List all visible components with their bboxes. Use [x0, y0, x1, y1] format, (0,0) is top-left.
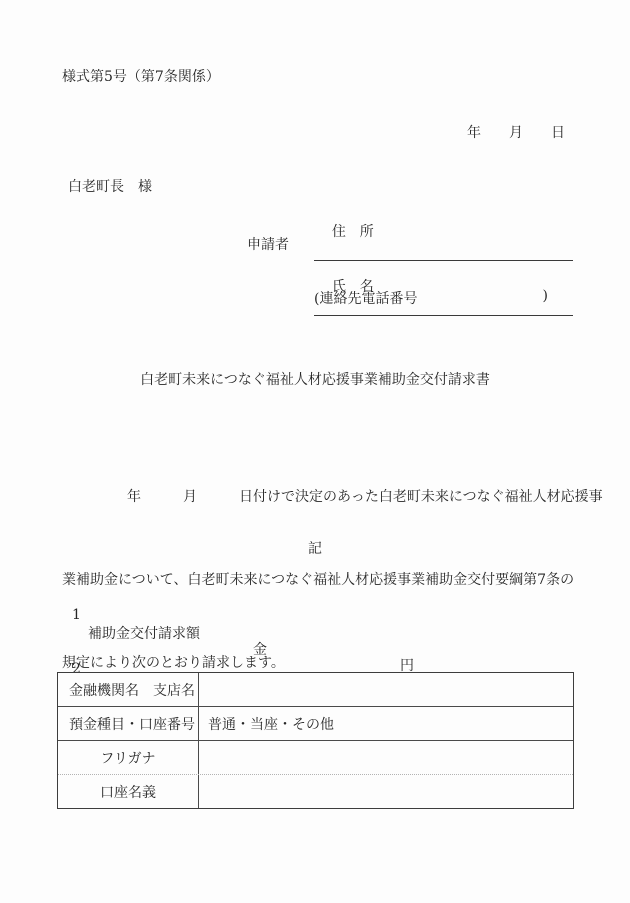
- table-row: 預金種目・口座番号 普通・当座・その他: [58, 706, 573, 740]
- addressee: 白老町長 様: [68, 176, 152, 196]
- row-label-cell: 金融機関名 支店名: [58, 673, 199, 706]
- row-value-cell: 普通・当座・その他: [199, 707, 573, 740]
- row-label-cell: フリガナ: [58, 741, 199, 774]
- phone-note-prefix: (連絡先電話番号: [314, 288, 417, 308]
- bank-account-item: 2 振込先金融機関口座: [0, 645, 630, 665]
- body-line: 年 月 日付けで決定のあった白老町未来につなぐ福祉人材応援事: [62, 484, 574, 512]
- document-page: 様式第5号（第7条関係） 年 月 日 白老町長 様 申請者 住 所 氏 名 (連…: [0, 0, 630, 903]
- address-fill-line: 住 所: [314, 205, 573, 261]
- issue-date-line: 年 月 日: [467, 122, 565, 142]
- bank-account-table: 金融機関名 支店名 預金種目・口座番号 普通・当座・その他 フリガナ 口座名義: [57, 672, 574, 809]
- row-value-cell: [199, 673, 573, 706]
- phone-note-suffix: ): [543, 288, 548, 308]
- row-label-cell: 預金種目・口座番号: [58, 707, 199, 740]
- item-label: 補助金交付請求額: [88, 623, 200, 643]
- table-row: 金融機関名 支店名: [58, 673, 573, 706]
- item-number: 1: [72, 607, 81, 623]
- notation-header: 記: [0, 538, 630, 558]
- row-label-cell: 口座名義: [58, 775, 199, 808]
- claim-amount-item: 1 補助金交付請求額 金 円: [0, 591, 630, 611]
- table-row: 口座名義: [58, 774, 573, 808]
- document-title: 白老町未来につなぐ福祉人材応援事業補助金交付請求書: [0, 369, 630, 389]
- form-number: 様式第5号（第7条関係）: [62, 66, 220, 86]
- row-value-cell: [199, 741, 573, 774]
- address-field-label: 住 所: [332, 224, 374, 240]
- table-row: フリガナ: [58, 740, 573, 774]
- applicant-label: 申請者: [247, 234, 289, 254]
- row-value-cell: [199, 775, 573, 808]
- phone-note: (連絡先電話番号 ): [314, 288, 548, 308]
